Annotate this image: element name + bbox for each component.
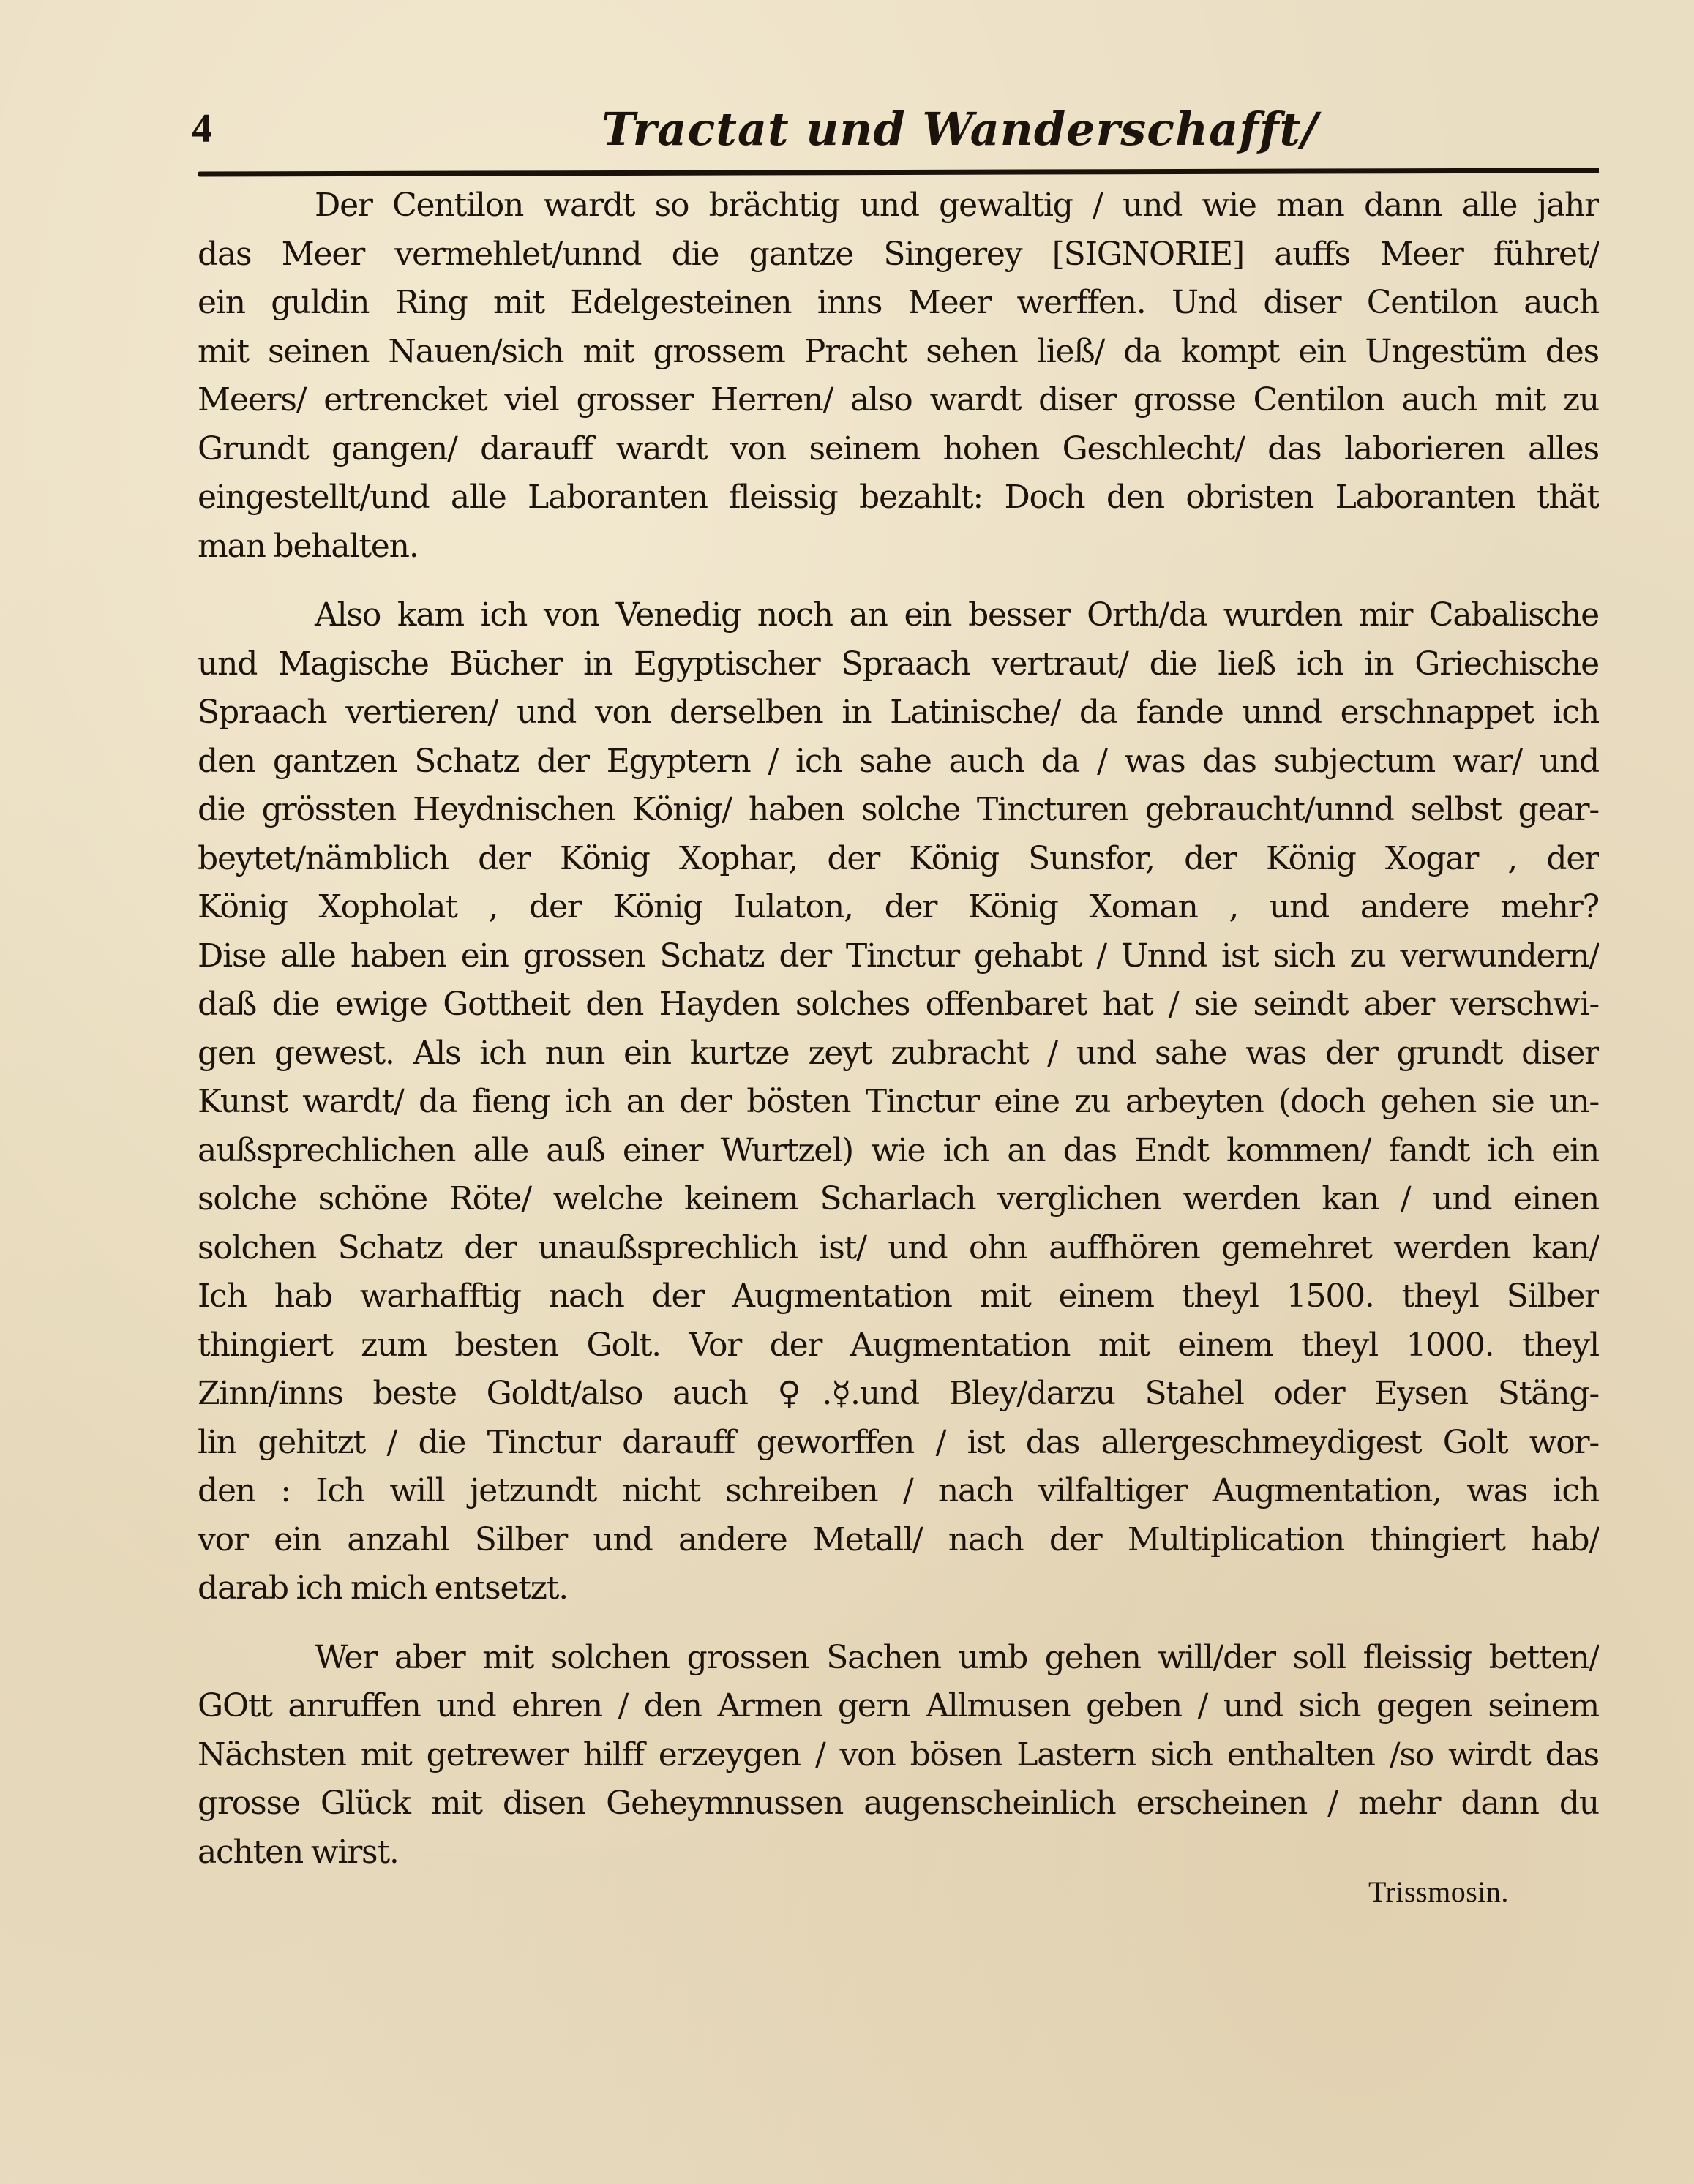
text-line: den gantzen Schatz der Egyptern / ich sa… bbox=[198, 738, 1599, 787]
text-line: Zinn/inns beste Goldt/also auch ♀.☿.und … bbox=[198, 1370, 1599, 1419]
text-line: man behalten. bbox=[198, 522, 1599, 571]
text-line: achten wirst. bbox=[198, 1828, 1599, 1877]
page-number: 4 bbox=[192, 105, 212, 152]
author-signature: Trissmosin. bbox=[1368, 1875, 1509, 1909]
text-line: solchen Schatz der unaußsprechlich ist/ … bbox=[198, 1224, 1599, 1273]
scanned-page: 4 Tractat und Wanderschafft/ Der Centilo… bbox=[0, 0, 1694, 2184]
text-line: König Xopholat , der König Iulaton, der … bbox=[198, 883, 1599, 932]
text-line: gen gewest. Als ich nun ein kurtze zeyt … bbox=[198, 1029, 1599, 1078]
body-text: Der Centilon wardt so brächtig und gewal… bbox=[198, 181, 1599, 1877]
text-line: vor ein anzahl Silber und andere Metall/… bbox=[198, 1516, 1599, 1565]
text-line: grosse Glück mit disen Geheymnussen auge… bbox=[198, 1779, 1599, 1828]
text-line: Meers/ ertrencket viel grosser Herren/ a… bbox=[198, 376, 1599, 425]
text-line: Der Centilon wardt so brächtig und gewal… bbox=[198, 181, 1599, 230]
header-rule bbox=[198, 168, 1599, 176]
text-line: GOtt anruffen und ehren / den Armen gern… bbox=[198, 1682, 1599, 1731]
text-line: Wer aber mit solchen grossen Sachen umb … bbox=[198, 1634, 1599, 1683]
text-line: mit seinen Nauen/sich mit grossem Pracht… bbox=[198, 328, 1599, 377]
text-line: den : Ich will jetzundt nicht schreiben … bbox=[198, 1467, 1599, 1516]
text-line: eingestellt/und alle Laboranten fleissig… bbox=[198, 473, 1599, 522]
text-line: Grundt gangen/ darauff wardt von seinem … bbox=[198, 425, 1599, 474]
paragraph-3: Wer aber mit solchen grossen Sachen umb … bbox=[198, 1634, 1599, 1877]
text-line: darab ich mich entsetzt. bbox=[198, 1564, 1599, 1613]
text-line: beytet/nämblich der König Xophar, der Kö… bbox=[198, 835, 1599, 884]
paragraph-gap bbox=[198, 1613, 1599, 1634]
text-line: ein guldin Ring mit Edelgesteinen inns M… bbox=[198, 279, 1599, 328]
text-line: außsprechlichen alle auß einer Wurtzel) … bbox=[198, 1127, 1599, 1176]
paragraph-gap bbox=[198, 571, 1599, 591]
text-line: Also kam ich von Venedig noch an ein bes… bbox=[198, 591, 1599, 640]
text-line: Ich hab warhafftig nach der Augmentation… bbox=[198, 1272, 1599, 1321]
text-line: lin gehitzt / die Tinctur darauff geworf… bbox=[198, 1419, 1599, 1468]
text-line: Nächsten mit getrewer hilff erzeygen / v… bbox=[198, 1731, 1599, 1780]
paragraph-2: Also kam ich von Venedig noch an ein bes… bbox=[198, 591, 1599, 1613]
page-header: 4 Tractat und Wanderschafft/ bbox=[192, 102, 1597, 161]
text-line: und Magische Bücher in Egyptischer Spraa… bbox=[198, 640, 1599, 689]
paragraph-1: Der Centilon wardt so brächtig und gewal… bbox=[198, 181, 1599, 571]
text-line: Dise alle haben ein grossen Schatz der T… bbox=[198, 932, 1599, 981]
text-line: Kunst wardt/ da fieng ich an der bösten … bbox=[198, 1078, 1599, 1127]
text-line: thingiert zum besten Golt. Vor der Augme… bbox=[198, 1321, 1599, 1370]
text-line: das Meer vermehlet/unnd die gantze Singe… bbox=[198, 230, 1599, 279]
text-line: daß die ewige Gottheit den Hayden solche… bbox=[198, 980, 1599, 1029]
running-head: Tractat und Wanderschafft/ bbox=[601, 102, 1319, 156]
text-line: solche schöne Röte/ welche keinem Scharl… bbox=[198, 1175, 1599, 1224]
text-line: Spraach vertieren/ und von derselben in … bbox=[198, 688, 1599, 738]
text-line: die grössten Heydnischen König/ haben so… bbox=[198, 786, 1599, 835]
